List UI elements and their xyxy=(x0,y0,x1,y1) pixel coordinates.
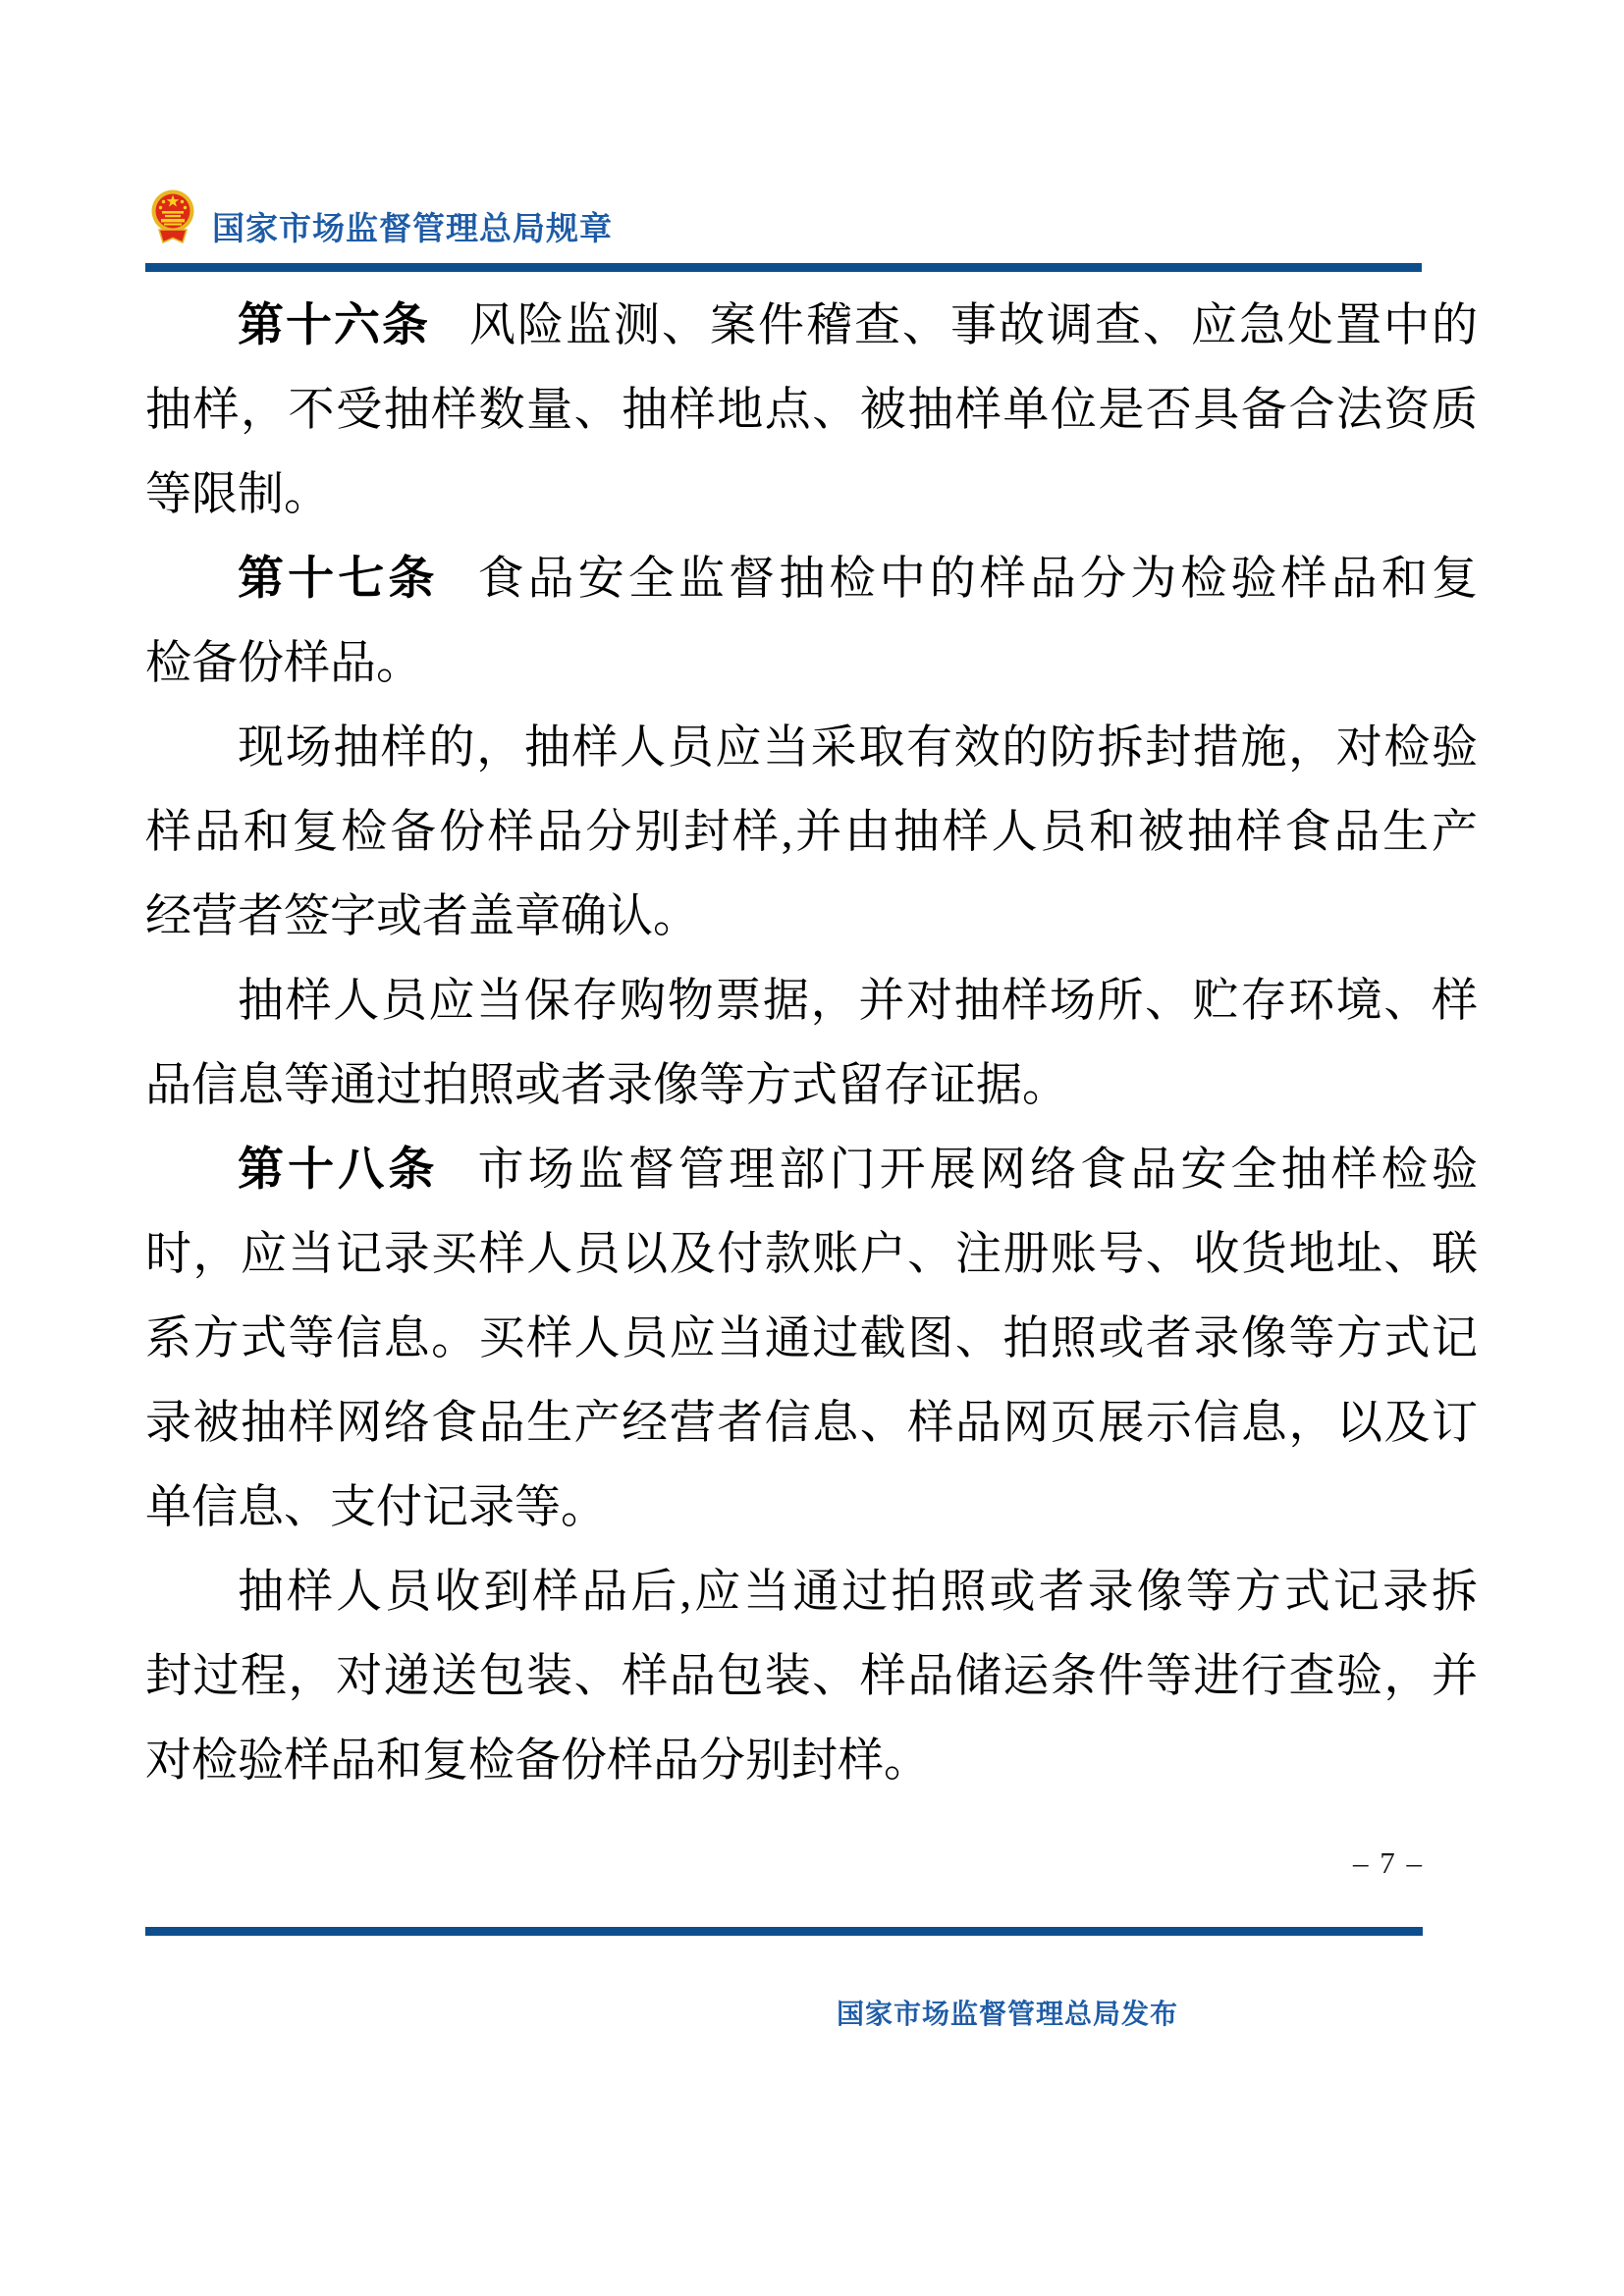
document-body: 第十六条风险监测、案件稽查、事故调查、应急处置中的抽样，不受抽样数量、抽样地点、… xyxy=(145,284,1478,1803)
article-number: 第十八条 xyxy=(238,1145,439,1196)
text-line: 录被抽样网络食品生产经营者信息、样品网页展示信息，以及订 xyxy=(145,1381,1478,1466)
page-number: – 7 – xyxy=(1353,1845,1424,1881)
publisher-line: 国家市场监督管理总局发布 xyxy=(837,1993,1178,2032)
page-title: 国家市场监督管理总局规章 xyxy=(212,203,613,249)
text-line: 抽样，不受抽样数量、抽样地点、被抽样单位是否具备合法资质 xyxy=(145,368,1478,453)
text-line: 第十六条风险监测、案件稽查、事故调查、应急处置中的 xyxy=(145,284,1478,368)
line-text: 经营者签字或者盖章确认。 xyxy=(145,891,699,942)
header-divider xyxy=(145,263,1422,272)
line-text: 等限制。 xyxy=(145,469,330,520)
line-text: 现场抽样的，抽样人员应当采取有效的防拆封措施，对检验 xyxy=(238,722,1478,774)
text-line: 抽样人员收到样品后,应当通过拍照或者录像等方式记录拆 xyxy=(145,1550,1478,1634)
text-line: 现场抽样的，抽样人员应当采取有效的防拆封措施，对检验 xyxy=(145,706,1478,790)
national-emblem-icon xyxy=(149,187,196,243)
text-line: 时，应当记录买样人员以及付款账户、注册账号、收货地址、联 xyxy=(145,1212,1478,1297)
footer-divider xyxy=(145,1927,1423,1936)
line-text: 时，应当记录买样人员以及付款账户、注册账号、收货地址、联 xyxy=(145,1229,1478,1280)
text-line: 对检验样品和复检备份样品分别封样。 xyxy=(145,1719,1478,1803)
line-text: 录被抽样网络食品生产经营者信息、样品网页展示信息，以及订 xyxy=(145,1398,1478,1449)
text-line: 抽样人员应当保存购物票据，并对抽样场所、贮存环境、样 xyxy=(145,959,1478,1043)
line-text: 样品和复检备份样品分别封样,并由抽样人员和被抽样食品生产 xyxy=(145,807,1478,858)
line-text: 封过程，对递送包装、样品包装、样品储运条件等进行查验，并 xyxy=(145,1651,1478,1702)
line-text: 食品安全监督抽检中的样品分为检验样品和复 xyxy=(478,554,1478,605)
article-number: 第十六条 xyxy=(238,300,430,351)
text-line: 品信息等通过拍照或者录像等方式留存证据。 xyxy=(145,1043,1478,1128)
line-text: 风险监测、案件稽查、事故调查、应急处置中的 xyxy=(469,300,1478,351)
text-line: 系方式等信息。买样人员应当通过截图、拍照或者录像等方式记 xyxy=(145,1297,1478,1381)
line-text: 抽样人员收到样品后,应当通过拍照或者录像等方式记录拆 xyxy=(238,1567,1478,1618)
line-text: 市场监督管理部门开展网络食品安全抽样检验 xyxy=(478,1145,1478,1196)
article-number: 第十七条 xyxy=(238,554,439,605)
text-line: 第十七条食品安全监督抽检中的样品分为检验样品和复 xyxy=(145,537,1478,621)
text-line: 等限制。 xyxy=(145,453,1478,537)
text-line: 单信息、支付记录等。 xyxy=(145,1466,1478,1550)
line-text: 检备份样品。 xyxy=(145,638,422,689)
text-line: 封过程，对递送包装、样品包装、样品储运条件等进行查验，并 xyxy=(145,1634,1478,1719)
line-text: 对检验样品和复检备份样品分别封样。 xyxy=(145,1735,930,1787)
line-text: 系方式等信息。买样人员应当通过截图、拍照或者录像等方式记 xyxy=(145,1313,1478,1364)
line-text: 品信息等通过拍照或者录像等方式留存证据。 xyxy=(145,1060,1068,1111)
text-line: 第十八条市场监督管理部门开展网络食品安全抽样检验 xyxy=(145,1128,1478,1212)
text-line: 检备份样品。 xyxy=(145,621,1478,706)
document-page: 国家市场监督管理总局规章 第十六条风险监测、案件稽查、事故调查、应急处置中的抽样… xyxy=(0,0,1624,2296)
line-text: 抽样，不受抽样数量、抽样地点、被抽样单位是否具备合法资质 xyxy=(145,385,1478,436)
line-text: 抽样人员应当保存购物票据，并对抽样场所、贮存环境、样 xyxy=(238,976,1478,1027)
text-line: 样品和复检备份样品分别封样,并由抽样人员和被抽样食品生产 xyxy=(145,790,1478,875)
text-line: 经营者签字或者盖章确认。 xyxy=(145,875,1478,959)
line-text: 单信息、支付记录等。 xyxy=(145,1482,607,1533)
